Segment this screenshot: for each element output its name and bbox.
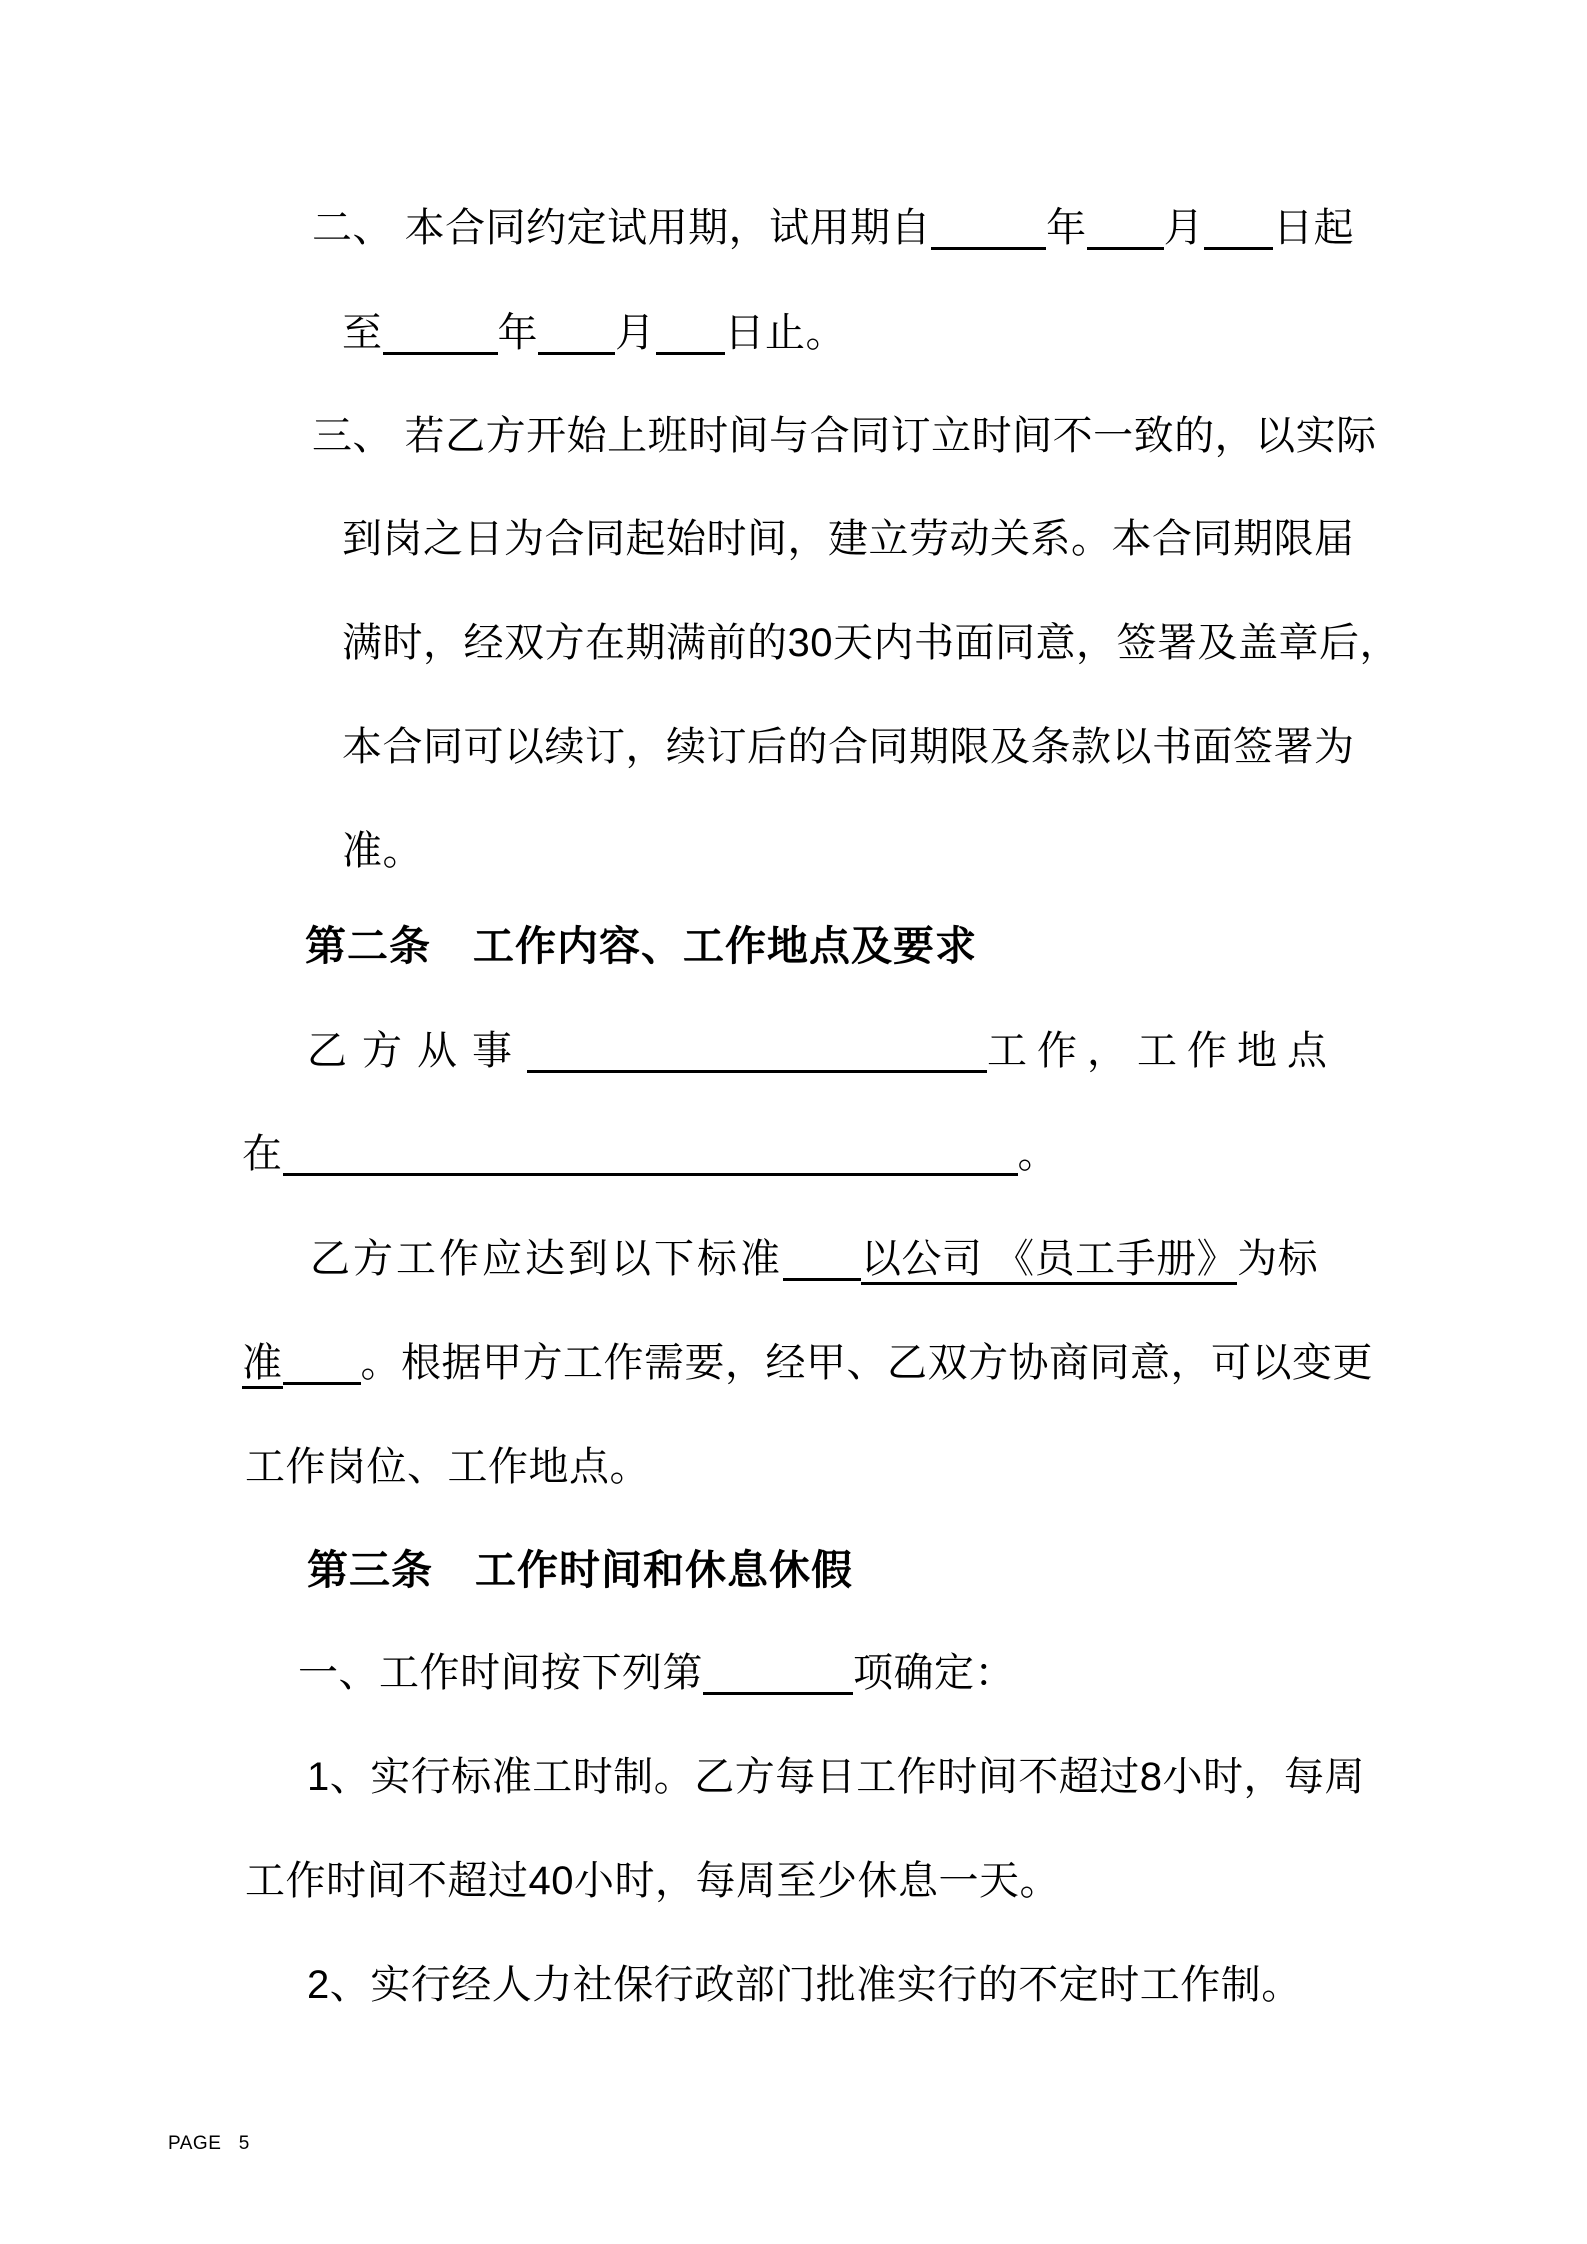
clause-2-to-label: 至 — [342, 311, 383, 355]
clause-3-text-5: 准。 — [342, 829, 423, 873]
job-line-tail: 工作，工作地点 — [987, 1029, 1337, 1073]
article-3-option-line: 一、工作时间按下列第项确定： — [298, 1650, 1015, 1697]
clause-3-text-4: 本合同可以续订，续订后的合同期限及条款以书面签署为 — [342, 725, 1355, 769]
blank-job-title — [527, 1030, 987, 1073]
location-line-period: 。 — [1018, 1132, 1059, 1176]
job-line-lead: 乙方从事 — [307, 1029, 527, 1073]
blank-work-location — [283, 1133, 1018, 1176]
standard-filled-text: 以公司 《员工手册》 — [861, 1237, 1237, 1285]
article-3-item-1-line-2: 工作时间不超过40小时，每周至少休息一天。 — [245, 1858, 1060, 1905]
article-2-standard-line-3: 工作岗位、工作地点。 — [245, 1444, 650, 1491]
article-2-heading: 第二条 工作内容、工作地点及要求 — [305, 922, 977, 970]
clause-3-text-2: 到岗之日为合同起始时间，建立劳动关系。本合同期限届 — [342, 517, 1355, 561]
option-line-lead: 一、工作时间按下列第 — [298, 1651, 703, 1695]
clause-3-line-3: 满时，经双方在期满前的30天内书面同意，签署及盖章后， — [342, 620, 1400, 667]
blank-trial-start-day — [1204, 207, 1273, 250]
blank-standard-2 — [283, 1342, 361, 1385]
clause-3-text-3: 满时，经双方在期满前的30天内书面同意，签署及盖章后， — [342, 621, 1400, 665]
blank-trial-end-month — [538, 312, 615, 355]
clause-2-month-label: 月 — [1164, 206, 1205, 250]
page-number: PAGE 5 — [168, 2133, 250, 2155]
option-line-tail: 项确定： — [853, 1651, 1015, 1695]
article-2-standard-line-2: 准。根据甲方工作需要，经甲、乙双方协商同意，可以变更 — [242, 1340, 1373, 1387]
clause-3-line-2: 到岗之日为合同起始时间，建立劳动关系。本合同期限届 — [342, 516, 1355, 563]
item-1-text-1: 1、实行标准工时制。乙方每日工作时间不超过8小时，每周 — [307, 1755, 1365, 1799]
article-3-heading: 第三条 工作时间和休息休假 — [307, 1546, 853, 1594]
clause-2-text-start: 二、 本合同约定试用期，试用期自 — [312, 206, 931, 250]
clause-2-month-label-2: 月 — [615, 311, 656, 355]
clause-3-line-1: 三、 若乙方开始上班时间与合同订立时间不一致的，以实际 — [312, 413, 1377, 460]
clause-3-text-1: 三、 若乙方开始上班时间与合同订立时间不一致的，以实际 — [312, 414, 1377, 458]
clause-2-year-label-2: 年 — [498, 311, 539, 355]
standard-line-tail: 为标 — [1237, 1237, 1318, 1281]
clause-2-day-end-label: 日止。 — [725, 311, 847, 355]
blank-trial-start-year — [931, 207, 1046, 250]
article-2-job-line: 乙方从事工作，工作地点 — [307, 1028, 1337, 1075]
article-3-item-1-line-1: 1、实行标准工时制。乙方每日工作时间不超过8小时，每周 — [307, 1754, 1365, 1801]
clause-2-day-start-label: 日起 — [1273, 206, 1354, 250]
item-2-text: 2、实行经人力社保行政部门批准实行的不定时工作制。 — [307, 1963, 1302, 2007]
standard-line-lead: 乙方工作应达到以下标准 — [310, 1237, 783, 1281]
item-1-text-2: 工作时间不超过40小时，每周至少休息一天。 — [245, 1859, 1060, 1903]
clause-2-year-label: 年 — [1046, 206, 1087, 250]
clause-3-line-5: 准。 — [342, 828, 423, 875]
clause-3-line-4: 本合同可以续订，续订后的合同期限及条款以书面签署为 — [342, 724, 1355, 771]
article-2-location-line: 在。 — [242, 1131, 1058, 1178]
standard-line-3-text: 工作岗位、工作地点。 — [245, 1445, 650, 1489]
article-2-standard-line-1: 乙方工作应达到以下标准以公司 《员工手册》为标 — [310, 1236, 1318, 1283]
clause-2-line-2: 至年月日止。 — [342, 310, 846, 357]
blank-option-number — [703, 1652, 853, 1695]
blank-standard — [783, 1238, 861, 1281]
article-2-heading-text: 第二条 工作内容、工作地点及要求 — [305, 923, 977, 969]
standard-line-2-tail: 。根据甲方工作需要，经甲、乙双方协商同意，可以变更 — [361, 1341, 1374, 1385]
article-3-heading-text: 第三条 工作时间和休息休假 — [307, 1547, 853, 1593]
blank-trial-start-month — [1087, 207, 1164, 250]
clause-2-line-1: 二、 本合同约定试用期，试用期自年月日起 — [312, 205, 1354, 252]
location-line-lead: 在 — [242, 1132, 283, 1176]
article-3-item-2: 2、实行经人力社保行政部门批准实行的不定时工作制。 — [307, 1962, 1302, 2009]
standard-filled-text-2: 准 — [242, 1341, 283, 1389]
contract-page: 二、 本合同约定试用期，试用期自年月日起 至年月日止。 三、 若乙方开始上班时间… — [0, 0, 1587, 2244]
blank-trial-end-year — [383, 312, 498, 355]
blank-trial-end-day — [656, 312, 725, 355]
